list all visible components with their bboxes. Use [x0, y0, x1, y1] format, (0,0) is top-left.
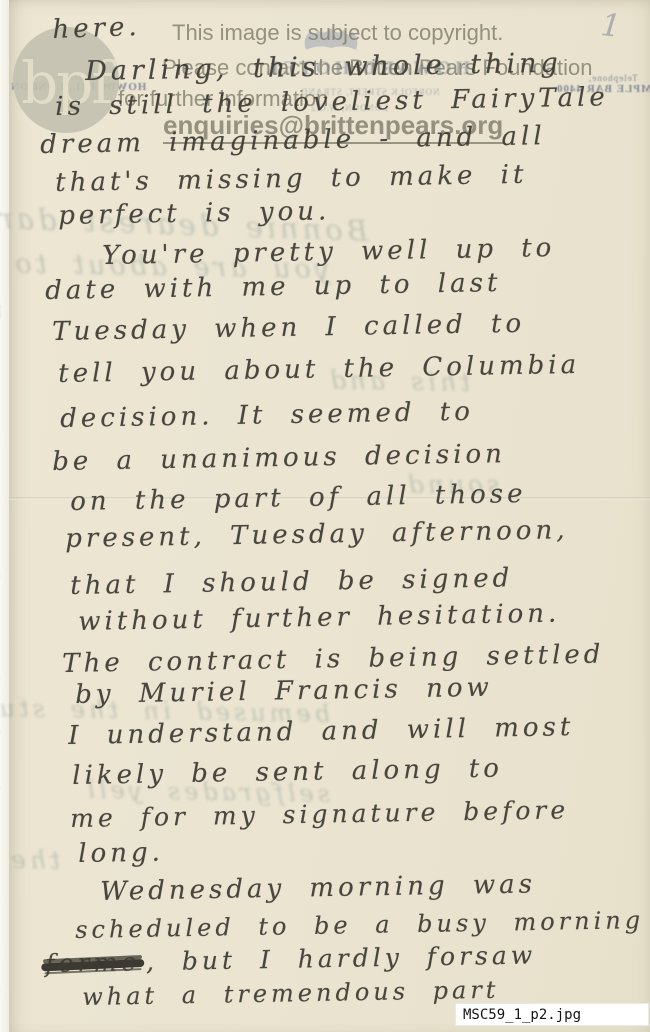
letter-line: dream imaginable - and all [40, 122, 546, 161]
letter-line: long. [78, 839, 164, 870]
letter-line: scheduled to be a busy morning [75, 907, 644, 945]
handwriting-layer: here.Darling, this whole thingis still t… [0, 0, 650, 1032]
letter-line: Wednesday morning was [100, 870, 536, 907]
letter-line: tell you about the Columbia [58, 351, 580, 390]
letter-line: what a tremendous part [82, 977, 500, 1012]
letter-line: be a unanimous decision [52, 440, 506, 478]
letter-line: perfect is you. [58, 197, 331, 232]
letter-line: without further hesitation. [78, 600, 561, 638]
page-number-mark: 1 [599, 7, 622, 45]
letter-line: present, Tuesday afternoon, [65, 516, 569, 555]
letter-line: that I should be signed [70, 564, 513, 602]
letter-line: is still the loveliest FairyTale [55, 83, 609, 123]
filename-label: MSC59_1_p2.jpg [455, 1003, 649, 1026]
scanned-letter-page: Bonnie dearest darlingyou are about to h… [0, 0, 650, 1032]
letter-line: on the part of all those [70, 480, 527, 518]
letter-line: me for my signature before [70, 796, 569, 833]
letter-line: by Muriel Francis now [75, 674, 493, 711]
scribbled-out-word: forme [45, 947, 140, 978]
letter-line-text: , but I hardly forsaw [146, 940, 537, 976]
letter-line: The contract is being settled [62, 641, 605, 680]
letter-line: Darling, this whole thing [85, 48, 562, 87]
letter-line: I understand and will most [68, 713, 575, 752]
letter-line: date with me up to last [45, 269, 502, 307]
letter-line: You're pretty well up to [102, 234, 556, 272]
letter-line: likely be sent along to [72, 754, 503, 791]
letter-line: here. [52, 13, 141, 46]
letter-line: decision. It seemed to [60, 398, 474, 435]
letter-line: that's missing to make it [55, 161, 528, 199]
letter-line: forme, but I hardly forsaw [45, 941, 536, 978]
letter-line: Tuesday when I called to [52, 310, 525, 348]
